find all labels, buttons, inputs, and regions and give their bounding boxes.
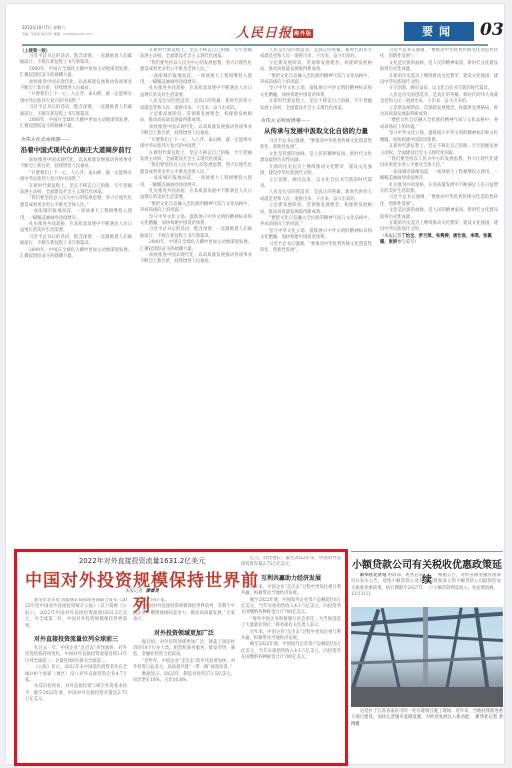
paragraph: 立足新发展阶段，贯彻新发展理念，构建新发展格局，推动高质量发展取得新成效。 xyxy=(260,61,372,74)
paragraph: 立足新发展阶段，贯彻新发展理念，构建新发展格局，推动高质量发展取得新成效。 xyxy=(140,112,252,125)
section-kicker: 为伟大文明而铸魂—— xyxy=(260,117,372,124)
paragraph: 新华社北京电 财政部、税务总局近日发布公告，延续小额贷款公司有关税收优惠政策，执… xyxy=(351,573,423,599)
paragraph: 2000年，中国在全球化大潮中更加主动地谋划发展，汇聚起团结奋斗的磅礴力量。 xyxy=(20,118,132,131)
paragraph: 2000年，中国在全球化大潮中更加主动地谋划发展，汇聚起团结奋斗的磅礴力量。 xyxy=(140,240,252,253)
paragraph: 习近平总书记的话语，饱含深情，一直激励着人们砥砺前行，不断在新征程上书写新篇章。 xyxy=(140,227,252,240)
paragraph: 加快推进中国式现代化，以高质量发展推动各项事业不断迈上新台阶，持续增进人民福祉。 xyxy=(20,158,132,171)
lead-column-2: 在新时代新征程上，坚定不移走自己的路，牢牢把握发展主动权，全面建设社会主义现代化… xyxy=(140,48,252,538)
paragraph: “只要我们上下一心，人心齐、泰山移，就一定能够实现中华民族伟大复兴的中国梦。” xyxy=(140,138,252,151)
paragraph: “只要我们上下一心，人心齐、泰山移，就一定能够实现中华民族伟大复兴的中国梦。” xyxy=(20,92,132,105)
paragraph: 文化是民族的血脉，是人民的精神家园。新时代文化建设取得历史性成就。 xyxy=(380,61,498,74)
paragraph: 坚守中华文化立场，提炼展示中华文明的精神标识和文化精髓，加快构建中国话语体系。 xyxy=(260,229,372,242)
paragraph: 在新时代新征程上，坚定不移走自己的路，牢牢把握发展主动权，全面建设社会主义现代化… xyxy=(140,48,252,61)
section-subhead: 从传承与发展中汲取文化自信的力量 xyxy=(260,126,372,135)
newspaper-page: 2023年10月7日 星期六 责编：某某某 版式设计 邮箱：rmrbgb@rmr… xyxy=(6,4,504,764)
paragraph: 在新时代新征程上，坚定不移走自己的路，牢牢把握发展主动权，全面建设社会主义现代化… xyxy=(20,184,132,197)
issue-date: 2023年10月7日 星期六 xyxy=(22,25,65,31)
feature-subhead: 互利共赢助力经济发展 xyxy=(241,573,341,582)
paragraph: 文化是民族的血脉，是人民的精神家园。新时代文化建设取得历史性成就。 xyxy=(260,152,372,165)
construction-photo xyxy=(351,607,503,707)
logo-text: 人民日报 xyxy=(236,26,292,41)
paragraph: 根据公告，对经省级金融管理部门批准成立的小额贷款公司取得的农户小额贷款利息收入，… xyxy=(429,573,501,592)
feature-subhead: 对外直接投资流量位列全球前三 xyxy=(25,634,127,643)
paragraph: 截至2022年底，中国境外企业资产总额超过8万亿美元，当年实现销售收入4.1万亿… xyxy=(241,598,341,617)
section-kicker: 为伟大社会高扬旗—— xyxy=(20,136,132,143)
paragraph: 在新的历史起点上继续推动文化繁荣、建设文化强国、建设中华民族现代文明。 xyxy=(380,221,498,234)
paragraph: 加快推进中国式现代化，以高质量发展推动各项事业不断迈上新台阶，持续增进人民福祉。 xyxy=(20,80,132,93)
paragraph: 习近平总书记强调，“要推动中华优秀传统文化创造性转化、创新性发展”。 xyxy=(260,242,372,255)
masthead: 2023年10月7日 星期六 责编：某某某 版式设计 邮箱：rmrbgb@rmr… xyxy=(16,14,494,44)
paragraph: 扎实推进共同富裕，在高质量发展中不断满足人民日益增长的美好生活需要。 xyxy=(140,86,252,99)
paragraph: “我们要坚持以人民为中心的发展思想，努力让现代化建设成果更多更公平惠及全体人民。… xyxy=(140,61,252,74)
paragraph: “只要我们上下一心，人心齐、泰山移，就一定能够实现中华民族伟大复兴的中国梦。” xyxy=(20,171,132,184)
paragraph: 坚守中华文化立场，提炼展示中华文明的精神标识和文化精髓，加快构建中国话语体系。 xyxy=(380,131,498,144)
paragraph: 人民是历史的创造者，是真正的英雄。新时代的伟大成就是党和人民一道拼出来、干出来、… xyxy=(260,48,372,61)
paragraph: 加快推进中国式现代化，以高质量发展推动各项事业不断迈上新台阶，持续增进人民福祉。 xyxy=(140,125,252,138)
side-article-rule xyxy=(351,551,503,552)
paragraph: 据介绍，对外投资领域更加广泛，涵盖了国民经济的18个行业大类，租赁和商务服务、批… xyxy=(133,640,235,659)
paragraph: 习近平总书记的话语，饱含深情，一直激励着人们砥砺前行，不断在新征程上书写新篇章。 xyxy=(20,54,132,67)
paragraph: 一座座城市拔地而起，一项项重大工程相继投入使用，一幅幅美丽画卷徐徐展开。 xyxy=(380,170,498,183)
page-number: 03 xyxy=(480,20,504,40)
side-article: 小额贷款公司有关税收优惠政策延续 新华社北京电 财政部、税务总局近日发布公告，延… xyxy=(351,549,503,764)
photo-caption: 这是位于江苏省南京市的一处在建项目施工现场。近年来，当地持续推进重大项目建设，加… xyxy=(351,709,503,728)
paragraph: 人民是历史的创造者，是真正的英雄。新时代的伟大成就是党和人民一道拼出来、干出来、… xyxy=(380,93,498,106)
paragraph: 守正创新，踔厉奋发，以文化自信书写新的时代篇章。 xyxy=(380,86,498,92)
feature-column-3: 亿元，同比增长；截至2022年末，中国对外直接投资存量2.75万亿美元。 互利共… xyxy=(241,556,341,760)
lead-column-1: （上接第一版） 习近平总书记的话语，饱含深情，一直激励着人们砥砺前行，不断在新征… xyxy=(20,48,132,538)
paragraph: 截至2022年底，中国境外企业资产总额超过8万亿美元，当年实现销售收入4.1万亿… xyxy=(241,642,341,661)
newspaper-logo: 人民日报海外版 xyxy=(236,22,313,41)
paragraph: 数据显示，2022年，制造业投资271.5亿美元，同比增长18%，占比16.6%… xyxy=(133,672,235,685)
paragraph: 一座座城市拔地而起，一项项重大工程相继投入使用，一幅幅美丽画卷徐徐展开。 xyxy=(140,176,252,189)
lead-column-4: 习近平总书记强调，“要推动中华优秀传统文化创造性转化、创新性发展”。 文化是民族… xyxy=(380,48,498,538)
lead-article: （上接第一版） 习近平总书记的话语，饱含深情，一直激励着人们砥砺前行，不断在新征… xyxy=(20,48,504,538)
paragraph: 人民是历史的创造者，是真正的英雄。新时代的伟大成就是党和人民一道拼出来、干出来、… xyxy=(140,99,252,112)
feature-column-2: 总计14万家。 “中国对外直接投资规模保持世界前列，有利于中国企业不断增强国际竞… xyxy=(133,598,235,760)
paragraph: “要把文化自信融入全民族的精神气质与文化品格中，养成昂扬向上的风貌。” xyxy=(380,118,498,131)
paragraph: 扎实推进共同富裕，在高质量发展中不断满足人民日益增长的美好生活需要。 xyxy=(140,189,252,202)
paragraph: 立足新发展阶段，贯彻新发展理念，构建新发展格局，推动高质量发展取得新成效。 xyxy=(380,106,498,119)
paragraph: 近年来，中国企业“走出去”过程中更加注重互利共赢，积极带动当地经济发展。 xyxy=(241,630,341,643)
paragraph: 文化是民族的血脉，是人民的精神家园。新时代文化建设取得历史性成就。 xyxy=(380,208,498,221)
paragraph: “近些年，中国企业“走出去”的步伐显著加快，对外投资日益多元，高质量共建“一带一… xyxy=(133,659,235,672)
paragraph: 在新时代新征程上，坚定不移走自己的路，牢牢把握发展主动权，全面建设社会主义现代化… xyxy=(140,151,252,164)
paragraph: “要把文化自信融入全民族的精神气质与文化品格中，养成昂扬向上的风貌。” xyxy=(260,216,372,229)
paragraph: “海外中国企业积极履行社会责任，为当地创造了大量就业岗位。”商务部有关负责人表示… xyxy=(241,617,341,630)
paragraph: 亿元，同比增长；截至2022年末，中国对外直接投资存量2.75万亿美元。 xyxy=(241,556,341,569)
feature-subhead: 对外投资领域更加广泛 xyxy=(133,628,235,637)
paragraph: 坚守中华文化立场，提炼展示中华文明的精神标识和文化精髓，加快构建中国话语体系。 xyxy=(260,86,372,99)
paragraph: 在新时代新征程上，坚定不移走自己的路，牢牢把握发展主动权，全面建设社会主义现代化… xyxy=(260,99,372,112)
paragraph: “要把文化自信融入全民族的精神气质与文化品格中，养成昂扬向上的风貌。” xyxy=(260,74,372,87)
paragraph: 在过去一年，中国企业“走出去”步伐加快，对外投资结构持续优化。中国对外直接投资流… xyxy=(25,646,127,665)
paragraph: 习近平总书记强调，“要推动中华优秀传统文化创造性转化、创新性发展”。 xyxy=(380,195,498,208)
reporter-credit: （本报记者丁怡全、罗兰琪、朱隽婷、唐仕进、李鸿、张佩璐、张妍参与采写） xyxy=(380,234,498,247)
side-article-column-2: 根据公告，对经省级金融管理部门批准成立的小额贷款公司取得的农户小额贷款利息收入，… xyxy=(429,573,501,607)
side-article-column-1: 新华社北京电 财政部、税务总局近日发布公告，延续小额贷款公司有关税收优惠政策，执… xyxy=(351,573,423,607)
paragraph: 守正创新，踔厉奋发，以文化自信书写新的时代篇章。 xyxy=(260,178,372,191)
paragraph: 2000年，中国在全球化大潮中更加主动地谋划发展，汇聚起团结奋斗的磅礴力量。 xyxy=(20,67,132,80)
paragraph: 习近平总书记的话语，饱含深情，一直激励着人们砥砺前行，不断在新征程上书写新篇章。 xyxy=(20,235,132,248)
article-kicker: 2022年对外直接投资流量1631.2亿美元 xyxy=(17,556,267,566)
paragraph: 一座座城市拔地而起，一项项重大工程相继投入使用，一幅幅美丽画卷徐徐展开。 xyxy=(20,209,132,222)
paragraph: “我们要坚持以人民为中心的发展思想，努力让现代化建设成果更多更公平惠及全体人民。… xyxy=(20,196,132,209)
dateline: 新华社北京电 xyxy=(360,573,386,578)
paragraph: 人民是历史的创造者，是真正的英雄。新时代的伟大成就是党和人民一道拼出来、干出来、… xyxy=(260,190,372,203)
paragraph: 扎实推进共同富裕，在高质量发展中不断满足人民日益增长的美好生活需要。 xyxy=(380,183,498,196)
paragraph: 从双向投资看，对外直接投资与吸引外资基本持平，截至2022年底，中国对外直接投资… xyxy=(25,684,127,703)
article-byline: 本报记者 廖睿灵 xyxy=(17,588,267,594)
paragraph: “我们要坚持以人民为中心的发展思想，努力让现代化建设成果更多更公平惠及全体人民。… xyxy=(380,157,498,170)
section-badge: 要闻 xyxy=(404,22,474,41)
paragraph: 在新的历史起点上继续推动文化繁荣、建设文化强国、建设中华民族现代文明。 xyxy=(260,165,372,178)
paragraph: 2000年，中国在全球化大潮中更加主动地谋划发展，汇聚起团结奋斗的磅礴力量。 xyxy=(20,248,132,261)
paragraph: 习近平总书记强调，“要推动中华优秀传统文化创造性转化、创新性发展”。 xyxy=(260,139,372,152)
paragraph: 近年来，中国企业“走出去”过程中更加注重互利共赢，积极带动当地经济发展。 xyxy=(241,585,341,598)
logo-edition-tag: 海外版 xyxy=(293,29,313,38)
paragraph: 一座座城市拔地而起，一项项重大工程相继投入使用，一幅幅美丽画卷徐徐展开。 xyxy=(140,74,252,87)
editor-meta: 责编：某某某 版式设计 邮箱：rmrbgb@rmrb.com xyxy=(22,32,92,36)
paragraph: 立足新发展阶段，贯彻新发展理念，构建新发展格局，推动高质量发展取得新成效。 xyxy=(260,203,372,216)
paragraph: 新华社北京电 国家统计局和商务部联合发布《2022年度中国对外直接投资统计公报》… xyxy=(25,598,127,630)
paragraph: “我们要坚持以人民为中心的发展思想，努力让现代化建设成果更多更公平惠及全体人民。… xyxy=(140,163,252,176)
paragraph: 《公报》显示，2022年末中国境内投资者共在全球190个国家（地区）设立对外直接… xyxy=(25,665,127,684)
highlighted-feature-article[interactable]: 2022年对外直接投资流量1631.2亿美元 中国对外投资规模保持世界前列 本报… xyxy=(14,549,348,766)
lead-column-3: 人民是历史的创造者，是真正的英雄。新时代的伟大成就是党和人民一道拼出来、干出来、… xyxy=(260,48,372,538)
paragraph: 扎实推进共同富裕，在高质量发展中不断满足人民日益增长的美好生活需要。 xyxy=(20,222,132,235)
paragraph: 坚守中华文化立场，提炼展示中华文明的精神标识和文化精髓，加快构建中国话语体系。 xyxy=(140,215,252,228)
paragraph: “要把文化自信融入全民族的精神气质与文化品格中，养成昂扬向上的风貌。” xyxy=(140,202,252,215)
masthead-rule xyxy=(22,44,488,46)
section-subhead: 沿着中国式现代化的康庄大道阔步前行 xyxy=(20,145,132,154)
paragraph: 在新的历史起点上继续推动文化繁荣、建设文化强国、建设中华民族现代文明。 xyxy=(380,74,498,87)
paragraph: 加快推进中国式现代化，以高质量发展推动各项事业不断迈上新台阶，持续增进人民福祉。 xyxy=(140,253,252,266)
paragraph: 习近平总书记强调，“要推动中华优秀传统文化创造性转化、创新性发展”。 xyxy=(380,48,498,61)
paragraph: 在新时代新征程上，坚定不移走自己的路，牢牢把握发展主动权，全面建设社会主义现代化… xyxy=(380,144,498,157)
feature-column-1: 新华社北京电 国家统计局和商务部联合发布《2022年度中国对外直接投资统计公报》… xyxy=(25,598,127,760)
byline-name: 廖睿灵 xyxy=(146,589,160,594)
paragraph: “中国对外直接投资规模保持世界前列，有利于中国企业不断增强国际竞争力，推动高质量… xyxy=(133,604,235,623)
paragraph: 习近平总书记的话语，饱含深情，一直激励着人们砥砺前行，不断在新征程上书写新篇章。 xyxy=(20,105,132,118)
